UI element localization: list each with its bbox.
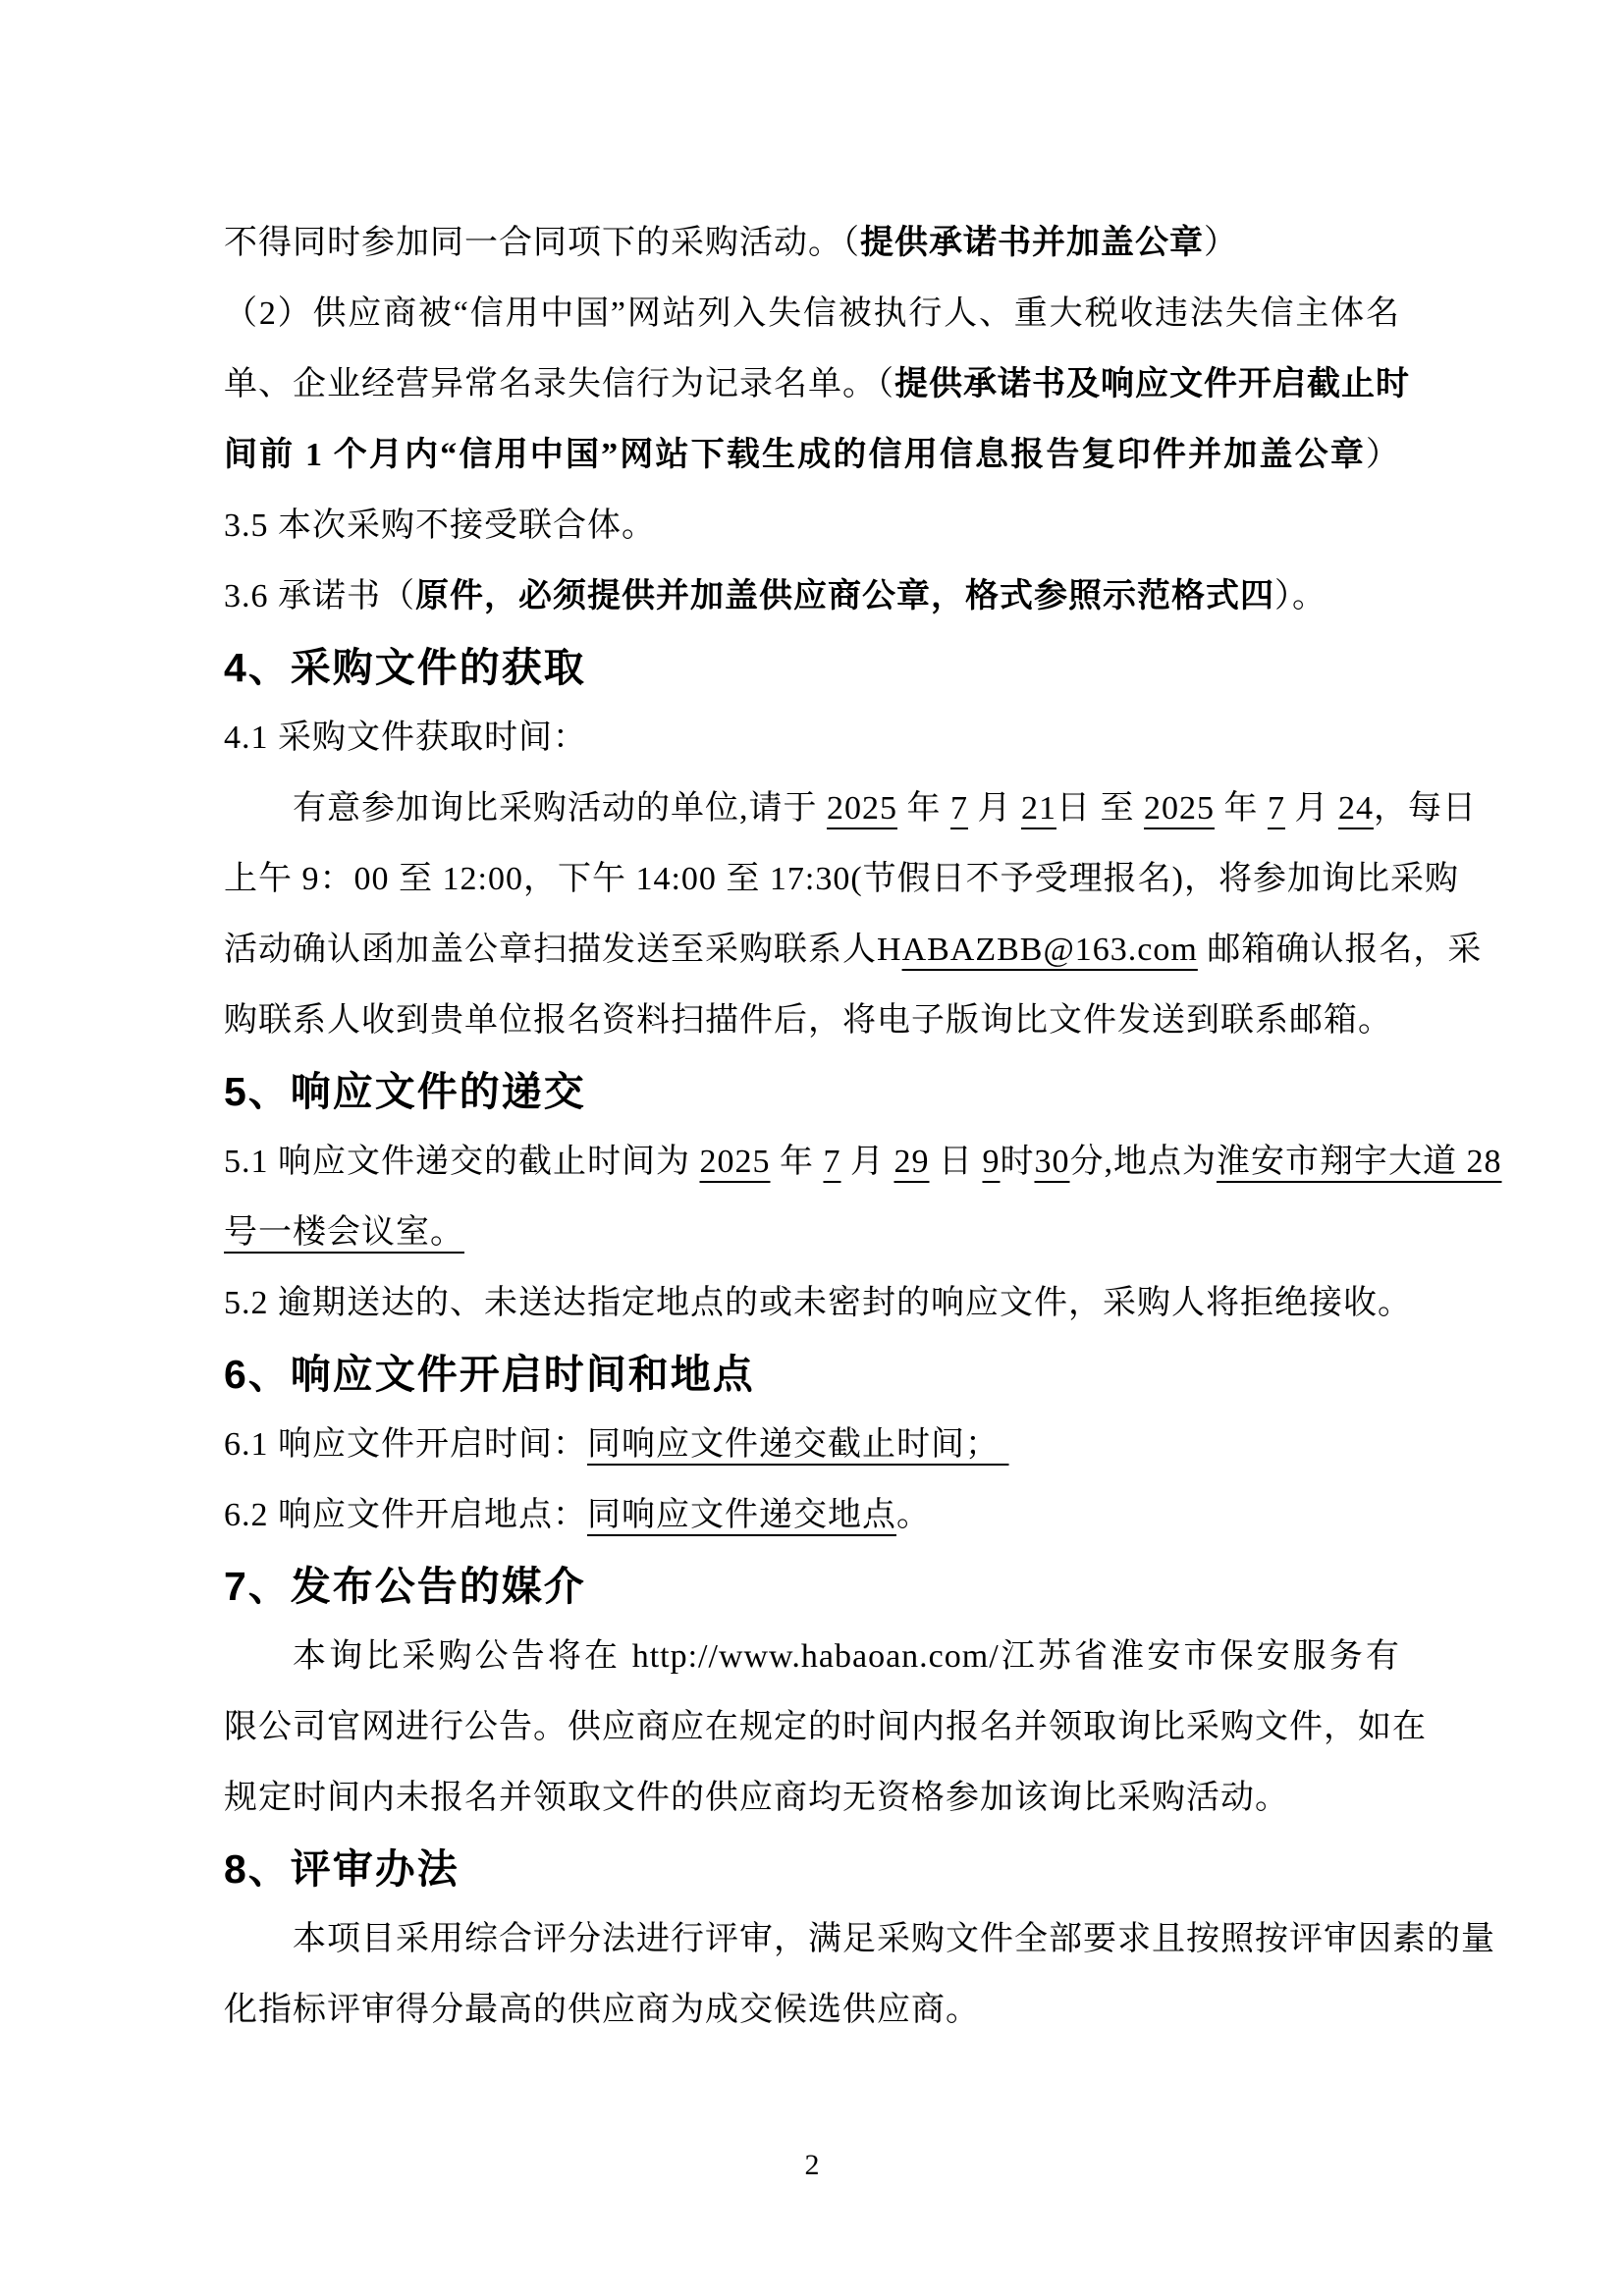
text-line: 上午 9：00 至 12:00，下午 14:00 至 17:30(节假日不予受理… (224, 844, 1400, 915)
text-run: 9 (983, 1144, 1001, 1180)
text-run: 分,地点为 (1070, 1144, 1218, 1180)
text-line: 4.1 采购文件获取时间： (224, 703, 1400, 774)
text-line: 单、企业经营异常名录失信行为记录名单。（提供承诺书及响应文件开启截止时 (224, 349, 1400, 420)
section-heading: 4、采购文件的获取 (224, 632, 1400, 703)
text-line: 间前 1 个月内“信用中国”网站下载生成的信用信息报告复印件并加盖公章） (224, 420, 1400, 491)
text-run: 5.1 响应文件递交的截止时间为 (224, 1144, 700, 1180)
text-run: 4.1 采购文件获取时间： (224, 720, 587, 756)
text-run: ） (1366, 437, 1400, 473)
section-heading: 7、发布公告的媒介 (224, 1551, 1400, 1622)
text-run: 29 (894, 1144, 930, 1180)
text-run: 日 至 (1056, 790, 1144, 827)
text-run: 活动确认函加盖公章扫描发送至采购联系人H (224, 932, 902, 968)
text-run: ）。 (1274, 578, 1326, 614)
text-line: 购联系人收到贵单位报名资料扫描件后，将电子版询比文件发送到联系邮箱。 (224, 986, 1400, 1056)
text-line: （2）供应商被“信用中国”网站列入失信被执行人、重大税收违法失信主体名 (224, 279, 1400, 349)
document-page: 不得同时参加同一合同项下的采购活动。（提供承诺书并加盖公章）（2）供应商被“信用… (0, 0, 1624, 2296)
text-line: 5.2 逾期送达的、未送达指定地点的或未密封的响应文件，采购人将拒绝接收。 (224, 1268, 1400, 1339)
text-run: 月 (968, 790, 1021, 827)
text-run: 2025 (700, 1144, 771, 1180)
text-run: 7、发布公告的媒介 (224, 1564, 586, 1609)
text-run: 24 (1338, 790, 1374, 827)
text-run: 同响应文件递交地点 (587, 1497, 896, 1533)
text-run: 3.6 承诺书（ (224, 578, 415, 614)
text-run: 本询比采购公告将在 http://www.habaoan.com/江苏省淮安市保… (293, 1638, 1400, 1675)
text-line: 本询比采购公告将在 http://www.habaoan.com/江苏省淮安市保… (224, 1622, 1400, 1692)
text-line: 不得同时参加同一合同项下的采购活动。（提供承诺书并加盖公章） (224, 208, 1400, 279)
text-run: （2）供应商被“信用中国”网站列入失信被执行人、重大税收违法失信主体名 (224, 295, 1400, 332)
text-run: 7 (1268, 790, 1285, 827)
text-run: 提供承诺书及响应文件开启截止时 (894, 366, 1410, 402)
text-run: 不得同时参加同一合同项下的采购活动。（ (224, 225, 860, 261)
text-run: 上午 9：00 至 12:00，下午 14:00 至 17:30(节假日不予受理… (224, 861, 1459, 897)
text-run: 7 (824, 1144, 841, 1180)
text-run: 5、响应文件的递交 (224, 1069, 586, 1114)
text-run: 3.5 本次采购不接受联合体。 (224, 507, 656, 544)
text-run: 同响应文件递交截止时间； (587, 1426, 1009, 1463)
text-run: 时 (1001, 1144, 1035, 1180)
text-run: 化指标评审得分最高的供应商为成交候选供应商。 (224, 1992, 980, 2028)
text-run: ，每日 (1374, 790, 1477, 827)
text-run: 日 (930, 1144, 983, 1180)
text-run: 号一楼会议室。 (224, 1214, 464, 1251)
text-run: 淮安市翔宇大道 28 (1217, 1144, 1502, 1180)
text-run: 21 (1021, 790, 1056, 827)
text-run: 购联系人收到贵单位报名资料扫描件后，将电子版询比文件发送到联系邮箱。 (224, 1002, 1392, 1039)
text-run: 2025 (827, 790, 897, 827)
section-heading: 6、响应文件开启时间和地点 (224, 1339, 1400, 1410)
text-run: 年 (771, 1144, 824, 1180)
text-run: 30 (1035, 1144, 1070, 1180)
text-run: 原件，必须提供并加盖供应商公章，格式参照示范格式四 (415, 578, 1274, 614)
text-run: ） (1204, 225, 1238, 261)
text-run: 6.1 响应文件开启时间： (224, 1426, 587, 1463)
email-text: ABAZBB@163.com (902, 932, 1198, 968)
text-line: 号一楼会议室。 (224, 1198, 1400, 1268)
text-run: 规定时间内未报名并领取文件的供应商均无资格参加该询比采购活动。 (224, 1780, 1289, 1816)
text-run: 限公司官网进行公告。供应商应在规定的时间内报名并领取询比采购文件，如在 (224, 1709, 1427, 1745)
text-line: 3.6 承诺书（原件，必须提供并加盖供应商公章，格式参照示范格式四）。 (224, 561, 1400, 632)
text-run: 邮箱确认报名，采 (1198, 932, 1483, 968)
text-run: 2025 (1144, 790, 1215, 827)
text-run: 6、响应文件开启时间和地点 (224, 1352, 755, 1397)
text-line: 有意参加询比采购活动的单位,请于 2025 年 7 月 21日 至 2025 年… (224, 774, 1400, 844)
text-run: 有意参加询比采购活动的单位,请于 (293, 790, 827, 827)
text-run: 5.2 逾期送达的、未送达指定地点的或未密封的响应文件，采购人将拒绝接收。 (224, 1285, 1412, 1321)
text-run: 间前 1 个月内“信用中国”网站下载生成的信用信息报告复印件并加盖公章 (224, 437, 1366, 473)
text-line: 本项目采用综合评分法进行评审，满足采购文件全部要求且按照按评审因素的量 (224, 1904, 1400, 1975)
text-run: 提供承诺书并加盖公章 (860, 225, 1204, 261)
text-run: 年 (1215, 790, 1268, 827)
text-line: 化指标评审得分最高的供应商为成交候选供应商。 (224, 1975, 1400, 2046)
text-line: 6.2 响应文件开启地点：同响应文件递交地点。 (224, 1480, 1400, 1551)
text-line: 5.1 响应文件递交的截止时间为 2025 年 7 月 29 日 9时30分,地… (224, 1127, 1400, 1198)
text-run: 6.2 响应文件开启地点： (224, 1497, 587, 1533)
text-run: 月 (841, 1144, 894, 1180)
text-run: 月 (1285, 790, 1338, 827)
document-content: 不得同时参加同一合同项下的采购活动。（提供承诺书并加盖公章）（2）供应商被“信用… (224, 208, 1400, 2046)
text-line: 规定时间内未报名并领取文件的供应商均无资格参加该询比采购活动。 (224, 1763, 1400, 1834)
section-heading: 8、评审办法 (224, 1834, 1400, 1904)
text-run: 本项目采用综合评分法进行评审，满足采购文件全部要求且按照按评审因素的量 (293, 1921, 1495, 1957)
text-line: 3.5 本次采购不接受联合体。 (224, 491, 1400, 561)
text-run: 7 (950, 790, 968, 827)
text-run: 4、采购文件的获取 (224, 645, 586, 690)
section-heading: 5、响应文件的递交 (224, 1056, 1400, 1127)
text-run: 8、评审办法 (224, 1846, 460, 1892)
text-line: 限公司官网进行公告。供应商应在规定的时间内报名并领取询比采购文件，如在 (224, 1692, 1400, 1763)
page-number: 2 (0, 2146, 1624, 2185)
text-line: 活动确认函加盖公章扫描发送至采购联系人HABAZBB@163.com 邮箱确认报… (224, 915, 1400, 986)
text-run: 年 (897, 790, 950, 827)
text-run: 。 (896, 1497, 931, 1533)
text-run: 单、企业经营异常名录失信行为记录名单。（ (224, 366, 894, 402)
text-line: 6.1 响应文件开启时间：同响应文件递交截止时间； (224, 1410, 1400, 1480)
